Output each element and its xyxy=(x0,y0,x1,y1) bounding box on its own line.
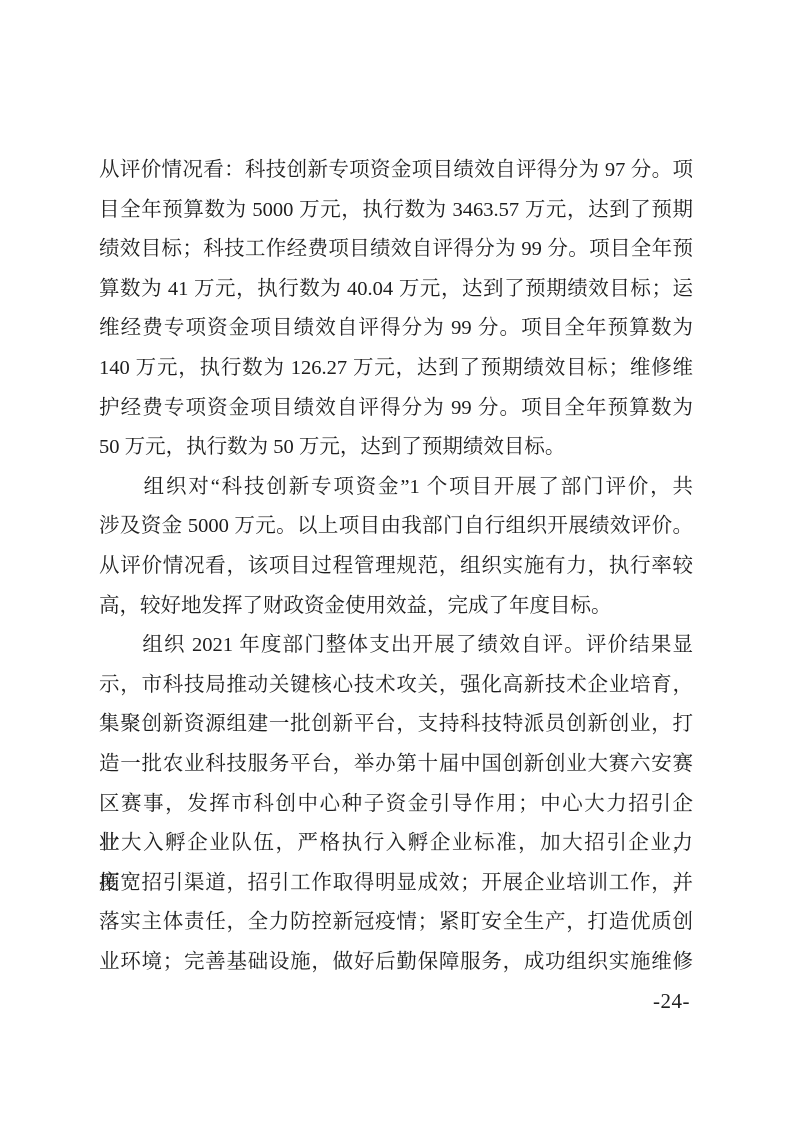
text-line: 组织 2021 年度部门整体支出开展了绩效自评。评价结果显 xyxy=(99,626,693,666)
text-line: 从评价情况看：科技创新专项资金项目绩效自评得分为 97 分。项 xyxy=(99,151,693,191)
text-line: 落实主体责任，全力防控新冠疫情；紧盯安全生产，打造优质创 xyxy=(99,903,693,943)
text-line: 示，市科技局推动关键核心技术攻关，强化高新技术企业培育， xyxy=(99,666,693,706)
text-line: 50 万元，执行数为 50 万元，达到了预期绩效目标。 xyxy=(99,428,693,468)
paragraph: 从评价情况看：科技创新专项资金项目绩效自评得分为 97 分。项目全年预算数为 5… xyxy=(99,151,693,468)
page-number: -24- xyxy=(653,988,690,1014)
text-line: 拓宽招引渠道，招引工作取得明显成效；开展企业培训工作，并 xyxy=(99,864,693,904)
text-line: 业环境；完善基础设施，做好后勤保障服务，成功组织实施维修 xyxy=(99,943,693,983)
text-line: 维经费专项资金项目绩效自评得分为 99 分。项目全年预算数为 xyxy=(99,309,693,349)
text-line: 高，较好地发挥了财政资金使用效益，完成了年度目标。 xyxy=(99,587,693,627)
document-body: 从评价情况看：科技创新专项资金项目绩效自评得分为 97 分。项目全年预算数为 5… xyxy=(99,151,693,982)
text-line: 集聚创新资源组建一批创新平台，支持科技特派员创新创业，打 xyxy=(99,705,693,745)
document-page: 从评价情况看：科技创新专项资金项目绩效自评得分为 97 分。项目全年预算数为 5… xyxy=(0,0,793,1122)
text-line: 区赛事，发挥市科创中心种子资金引导作用；中心大力招引企业， xyxy=(99,785,693,825)
paragraph: 组织对“科技创新专项资金”1 个项目开展了部门评价，共涉及资金 5000 万元。… xyxy=(99,468,693,626)
paragraph: 组织 2021 年度部门整体支出开展了绩效自评。评价结果显示，市科技局推动关键核… xyxy=(99,626,693,982)
text-line: 绩效目标；科技工作经费项目绩效自评得分为 99 分。项目全年预 xyxy=(99,230,693,270)
text-line: 涉及资金 5000 万元。以上项目由我部门自行组织开展绩效评价。 xyxy=(99,507,693,547)
text-line: 造一批农业科技服务平台，举办第十届中国创新创业大赛六安赛 xyxy=(99,745,693,785)
text-line: 组织对“科技创新专项资金”1 个项目开展了部门评价，共 xyxy=(99,468,693,508)
text-line: 从评价情况看，该项目过程管理规范，组织实施有力，执行率较 xyxy=(99,547,693,587)
text-line: 目全年预算数为 5000 万元，执行数为 3463.57 万元，达到了预期 xyxy=(99,191,693,231)
text-line: 壮大入孵企业队伍，严格执行入孵企业标准，加大招引企业力度， xyxy=(99,824,693,864)
text-line: 算数为 41 万元，执行数为 40.04 万元，达到了预期绩效目标；运 xyxy=(99,270,693,310)
text-line: 护经费专项资金项目绩效自评得分为 99 分。项目全年预算数为 xyxy=(99,389,693,429)
text-line: 140 万元，执行数为 126.27 万元，达到了预期绩效目标；维修维 xyxy=(99,349,693,389)
